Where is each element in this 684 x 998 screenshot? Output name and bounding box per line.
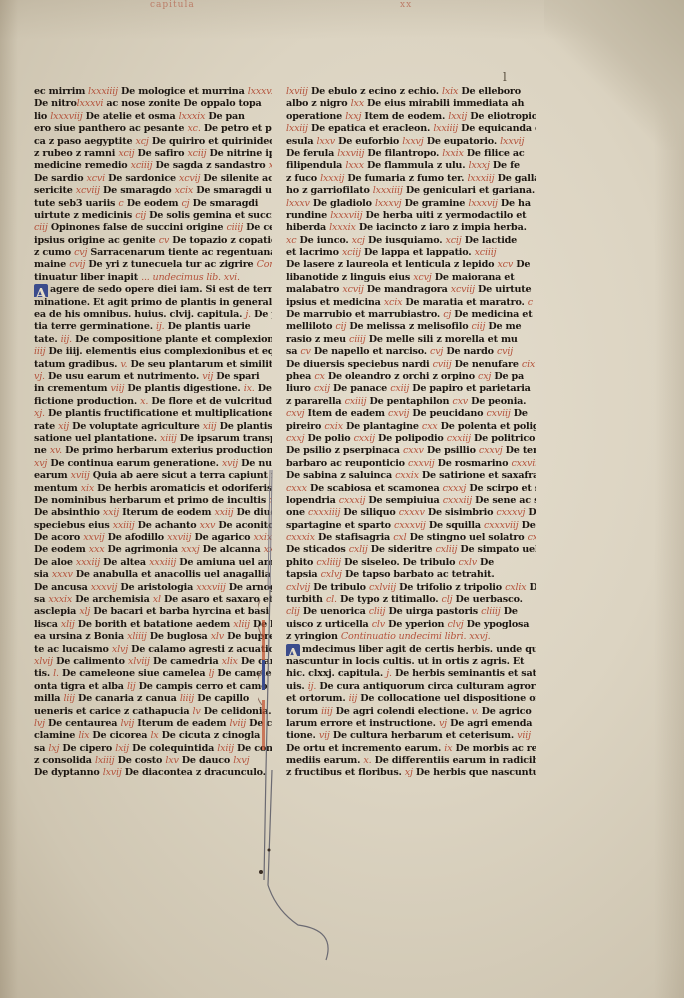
text-line: sa lxj De cipero lxij De colequintida lx…	[34, 743, 272, 755]
chapter-title-text: z consolida	[34, 755, 95, 766]
chapter-title-text: De smaragdo	[100, 185, 175, 196]
rubric-chapter-number: xiiij	[160, 433, 177, 444]
text-line: mentum xix De herbis aromaticis et odori…	[34, 483, 272, 495]
chapter-title-text: De cura antiquorum circa culturam agror	[316, 681, 535, 692]
text-line: z pararella cxiiij De pentaphilon cxv De…	[286, 396, 536, 408]
chapter-title-text: lio	[34, 111, 50, 122]
text-line: z fuco lxxxij De fumaria z fumo ter. lxx…	[286, 173, 536, 185]
rubric-chapter-number: cxlix	[505, 582, 526, 593]
rubric-chapter-number: cliij	[369, 606, 386, 617]
chapter-title-text: De continua earum generatione.	[47, 458, 222, 469]
rubric-chapter-number: lxviij	[286, 86, 308, 97]
chapter-title-text: De sardio	[34, 173, 87, 184]
text-line: pireiro cxix De plantagine cxx De polent…	[286, 421, 536, 433]
chapter-title-text: De eius mirabili immediata ah	[364, 98, 524, 109]
chapter-title-text: De satirione et saxafragia.	[419, 470, 536, 481]
text-line: De marrubio et marrubiastro. cj De medic…	[286, 309, 536, 321]
chapter-title-text: De differentiis earum in radicibus et fo…	[371, 755, 536, 766]
chapter-title-text: ero siue panthero ac pesante	[34, 123, 187, 134]
chapter-title-text: De primo herbarum exterius productione.	[62, 445, 272, 456]
chapter-title-text: De sideritre	[368, 544, 436, 555]
rubric-chapter-number: xix	[81, 483, 94, 494]
chapter-title-text: Iterum de eadem	[134, 718, 229, 729]
chapter-title-text: uirtute z medicinis	[34, 210, 135, 221]
text-line: milla liij De canaria z canua liiij De c…	[34, 693, 272, 705]
text-line: medicine remedio xciiij De sagda z sanda…	[34, 160, 272, 172]
chapter-title-text: De geniculari et gariana.	[403, 185, 535, 196]
chapter-title-text: De lactide	[462, 235, 518, 246]
rubric-chapter-number: xlix	[222, 656, 238, 667]
rubric-chapter-number: xciiij	[475, 247, 497, 258]
chapter-title-text: sa	[34, 594, 48, 605]
text-line: xj. De plantis fructificatione et multip…	[34, 408, 272, 420]
rubric-chapter-number: cij	[135, 210, 146, 221]
chapter-title-text: De nenufare	[452, 359, 522, 370]
text-line: tia terre germinatione. ij. De plantis u…	[34, 321, 272, 333]
text-line: Aagere de sedo opere diei iam. Si est de…	[34, 284, 272, 296]
rubric-chapter-number: lv	[193, 706, 201, 717]
text-line: De ferula lxxviij De filantropo. lxxix D…	[286, 148, 536, 160]
text-line: ne xv. De primo herbarum exterius produc…	[34, 445, 272, 457]
chapter-title-text: satione uel plantatione.	[34, 433, 160, 444]
rubric-chapter-number: cv	[159, 235, 169, 246]
text-line: rundine lxxxviij De herba uiti z yermoda…	[286, 210, 536, 222]
rubric-chapter-number: iiij	[34, 346, 45, 357]
chapter-title-text: De pentaphilon	[366, 396, 452, 407]
chapter-title-text: De panace	[330, 383, 390, 394]
chapter-title-text: ea de his omnibus. huius. clvij. capitul…	[34, 309, 245, 320]
rubric-chapter-number: xxviij	[167, 532, 191, 543]
rubric-chapter-number: cxxv	[403, 445, 424, 456]
chapter-title-text: De yri z tunecuela tur ac zigrire	[85, 259, 256, 270]
chapter-title-text: rundine	[286, 210, 330, 221]
rubric-chapter-number: cxxij	[354, 433, 375, 444]
text-line: onta tigra et alba lij De campis cerro e…	[34, 681, 272, 693]
chapter-title-text: te ac lucaismo	[34, 644, 112, 655]
chapter-title-text: ipsius et medicina	[286, 297, 384, 308]
rubric-chapter-number: xxv	[200, 520, 216, 531]
chapter-title-text: De uirtute	[475, 284, 532, 295]
chapter-title-text: De calimento	[53, 656, 128, 667]
chapter-title-text: sia	[34, 569, 52, 580]
chapter-title-text: De spari	[213, 371, 259, 382]
rubric-chapter-number: lxv	[165, 755, 178, 766]
chapter-title-text: De nardo	[443, 346, 497, 357]
rubric-chapter-number: ix.	[244, 383, 255, 394]
rubric-chapter-number: xxxvij	[91, 582, 118, 593]
chapter-title-text: De silenite acp	[200, 173, 272, 184]
rubric-chapter-number: xc	[286, 235, 296, 246]
chapter-title-text: De fumaria z fumo ter.	[344, 173, 467, 184]
chapter-title-text: rasio z meu	[286, 334, 349, 345]
rubric-chapter-number: xlv	[211, 631, 224, 642]
chapter-title-text: De atelie et osma	[82, 111, 178, 122]
rubric-chapter-number: xxxix	[48, 594, 72, 605]
text-line: speciebus eius xxiiij De achanto xxv De …	[34, 520, 272, 532]
rubric-chapter-number: xxxviij	[196, 582, 225, 593]
chapter-title-text: tia terre germinatione.	[34, 321, 156, 332]
chapter-title-text: De cameleone siue camelea	[59, 668, 209, 679]
chapter-title-text: De stingno uel solatro	[406, 532, 527, 543]
rubric-chapter-number: cxxxviij	[484, 520, 519, 531]
rubric-chapter-number: cvij	[497, 346, 513, 357]
text-line: melliloto cij De melissa z melisofilo ci…	[286, 321, 536, 333]
rubric-chapter-number: cvj	[430, 346, 443, 357]
rubric-chapter-number: lxx	[351, 98, 364, 109]
rubric-chapter-number: xxiij	[214, 507, 233, 518]
text-line: rate xij De voluptate agriculture xiij D…	[34, 421, 272, 433]
rubric-chapter-number: lxxv	[316, 136, 335, 147]
chapter-title-text: De peucidano	[409, 408, 486, 419]
parchment-corner-wear	[544, 0, 684, 150]
chapter-title-text: De tribulo	[403, 557, 459, 568]
rubric-chapter-number: lxxiij	[286, 123, 308, 134]
chapter-title-text: De buglosa	[147, 631, 211, 642]
chapter-title-text: De asaro et saxaro et	[161, 594, 272, 605]
chapter-title-text: De absinthio	[34, 507, 103, 518]
rubric-chapter-number: lxxxiiij	[85, 86, 118, 97]
text-line: De lasere z laureola et lenticula z lepi…	[286, 259, 536, 271]
rubric-chapter-number: cix	[522, 359, 535, 370]
left-text-column: ec mirrim lxxxiiij De mologice et murrin…	[34, 86, 272, 780]
rubric-chapter-number: lxxxj	[468, 160, 489, 171]
chapter-title-text: De nym	[535, 359, 536, 370]
text-line: ipsius et medicina xcix De maratia et ma…	[286, 297, 536, 309]
rubric-chapter-number: lxxij	[448, 111, 467, 122]
rubric-chapter-number: lxxxiiij	[373, 185, 403, 196]
text-line: satione uel plantatione. xiiij De ipsaru…	[34, 433, 272, 445]
chapter-title-text: agere de sedo opere diei iam. Si est de …	[50, 284, 272, 295]
rubric-chapter-number: lxxxix	[329, 222, 356, 233]
rubric-chapter-number: lx	[150, 730, 158, 741]
chapter-title-text: earum	[34, 470, 71, 481]
rubric-chapter-number: vj.	[34, 371, 45, 382]
chapter-title-text: De aristologia	[117, 582, 196, 593]
text-line: minatione. Et agit primo de plantis in g…	[34, 297, 272, 309]
chapter-title-text: sa	[286, 346, 300, 357]
rubric-chapter-number: xiij	[203, 421, 217, 432]
rubric-chapter-number: xcix	[384, 297, 402, 308]
chapter-title-text: ca z paso aegyptite	[34, 136, 136, 147]
text-line: lvj De centaurea lvij Iterum de eadem lv…	[34, 718, 272, 730]
rubric-chapter-number: lxxxviij	[50, 111, 82, 122]
rubric-chapter-number: lxxxv	[286, 198, 310, 209]
chapter-title-text: De rosmarino	[434, 458, 511, 469]
chapter-title-text: De medicina et	[451, 309, 532, 320]
chapter-title-text: De sempiuiua	[365, 495, 442, 506]
rubric-chapter-number: cxx	[422, 421, 438, 432]
chapter-title-text: De capillo	[194, 693, 249, 704]
rubric-chapter-number: clj	[442, 594, 453, 605]
rubric-chapter-number: xcj	[352, 235, 365, 246]
chapter-title-text: De psillio	[424, 445, 479, 456]
chapter-title-text: De mandragora	[364, 284, 451, 295]
rubric-chapter-number: ij.	[156, 321, 165, 332]
rubric-chapter-number: viij	[111, 383, 125, 394]
chapter-title-text: De sene ac senti	[472, 495, 536, 506]
chapter-title-text: De costo	[114, 755, 165, 766]
chapter-title-text: De herba uiti z yermodactilo et	[362, 210, 526, 221]
text-line: sia xxxv De anabulla et anacollis uel an…	[34, 569, 272, 581]
chapter-title-text: De dauco	[179, 755, 234, 766]
rubric-chapter-number: cj	[443, 309, 451, 320]
text-line: De nitrolxxxvi ac nose zonite De oppalo …	[34, 98, 272, 110]
chapter-title-text: ac nose zonite	[103, 98, 183, 109]
rubric-chapter-number: lxxviij	[337, 148, 364, 159]
chapter-title-text: tinuatur liber inapit	[34, 272, 141, 283]
rubric-chapter-number: xxx	[89, 544, 105, 555]
rubric-chapter-number: lviij	[229, 718, 246, 729]
rubric-chapter-number: lxxxix	[179, 111, 206, 122]
rubric-chapter-number: cxxxj	[443, 483, 467, 494]
chapter-title-text: De smaragdi	[189, 198, 258, 209]
chapter-title-text: De agrimonia	[104, 544, 181, 555]
chapter-title-text: De	[501, 606, 518, 617]
text-line: De psilio z pserpinaca cxxv De psillio c…	[286, 445, 536, 457]
text-line: libanotide z linguis eius xcvj De maiora…	[286, 272, 536, 284]
chapter-title-text: De pan	[205, 111, 245, 122]
chapter-title-text: De elleboro	[458, 86, 521, 97]
rubric-chapter-number: cvij	[69, 259, 85, 270]
rubric-chapter-number: cxix	[324, 421, 342, 432]
text-line: ero siue panthero ac pesante xc. De petr…	[34, 123, 272, 135]
text-line: tinuatur liber inapit ... undecimus lib.…	[34, 272, 272, 284]
rubric-chapter-number: cij	[335, 321, 346, 332]
chapter-title-text: De herbis aromaticis et odoriferis	[94, 483, 272, 494]
rubric-chapter-number: cxxvij	[408, 458, 434, 469]
chapter-title-text: De cipero	[59, 743, 115, 754]
chapter-title-text: De seu plantarum et similitudine.	[127, 359, 272, 370]
rubric-chapter-number: liij	[63, 693, 74, 704]
rubric-chapter-number: xlviij	[128, 656, 150, 667]
chapter-title-text: De cera	[243, 222, 272, 233]
rubric-chapter-number: cxv	[452, 396, 468, 407]
chapter-title-text: De cultura herbarum et ceterisum.	[330, 730, 517, 741]
text-line: ec mirrim lxxxiiij De mologice et murrin…	[34, 86, 272, 98]
chapter-title-text: De typo z titimallo.	[337, 594, 442, 605]
chapter-title-text: De oppalo topa	[183, 98, 261, 109]
chapter-title-text: milla	[34, 693, 63, 704]
rubric-chapter-number: lvj	[34, 718, 45, 729]
chapter-title-text: De plantis uarie	[165, 321, 251, 332]
text-line: uirtute z medicinis cij De solis gemina …	[34, 210, 272, 222]
rubric-chapter-number: xv.	[50, 445, 62, 456]
chapter-title-text: De nitro	[34, 98, 77, 109]
rubric-chapter-number: vj	[439, 718, 447, 729]
text-line: vj. De usu earum et nutrimento. vij De s…	[34, 371, 272, 383]
rubric-chapter-number: xcviij	[76, 185, 100, 196]
chapter-title-text: De simpato uel sim	[457, 544, 536, 555]
chapter-title-text: De sagda z sandastro	[152, 160, 268, 171]
chapter-title-text: ho z garriofilato	[286, 185, 373, 196]
chapter-title-text: z fuco	[286, 173, 320, 184]
pen-flourish-decoration	[258, 470, 348, 990]
chapter-title-text: malabatro	[286, 284, 342, 295]
text-line: tate. iij. De compositione plante et com…	[34, 334, 272, 346]
text-line: ipsius origine ac genite cv De topazio z…	[34, 235, 272, 247]
chapter-title-text: Item de eadem	[304, 408, 388, 419]
text-line: esula lxxv De euforbio lxxvj De eupatori…	[286, 136, 536, 148]
chapter-title-text: Opinones false de succini origine	[48, 222, 227, 233]
chapter-title-text: De psilio z pserpinaca	[286, 445, 403, 456]
chapter-title-text: De oleandro z orchi z orpino	[325, 371, 478, 382]
rubric-chapter-number: xliij	[233, 619, 250, 630]
chapter-title-text: De siliquo	[340, 507, 398, 518]
rubric-chapter-number: xl	[153, 594, 161, 605]
chapter-title-text: De flore et de vulcritudine.	[148, 396, 272, 407]
rubric-chapter-number: xcvj	[413, 272, 431, 283]
chapter-title-text: tate.	[34, 334, 61, 345]
rubric-chapter-number: lxxxvij	[468, 198, 497, 209]
chapter-title-text: De ha	[498, 198, 531, 209]
chapter-title-text: De polio	[304, 433, 353, 444]
chapter-title-text: De trifolio z tripolio	[396, 582, 505, 593]
rubric-chapter-number: xviij	[71, 470, 90, 481]
rubric-chapter-number: lix	[78, 730, 89, 741]
chapter-title-text: De me	[485, 321, 521, 332]
chapter-title-text: De compositione plante et complexione.	[72, 334, 272, 345]
rubric-chapter-number: lxiij	[217, 743, 234, 754]
chapter-title-text: z pararella	[286, 396, 345, 407]
chapter-title-text: De scirpo et sco	[466, 483, 536, 494]
text-line: z rubeo z ramni xcij De safiro xciij De …	[34, 148, 272, 160]
text-line: xc De iunco. xcj De iusquiamo. xcij De l…	[286, 235, 536, 247]
text-line: De eodem xxx De agrimonia xxxj De alcann…	[34, 544, 272, 556]
text-line: De aloe xxxiij De altea xxxiiij De amiun…	[34, 557, 272, 569]
chapter-title-text: De gladiolo	[310, 198, 375, 209]
rubric-chapter-number: xcij	[446, 235, 462, 246]
chapter-title-text: onta tigra et alba	[34, 681, 127, 692]
rubric-chapter-number: ciiij	[226, 222, 243, 233]
chapter-title-text: De agri emenda	[447, 718, 532, 729]
text-line: barbaro ac reuponticio cxxvij De rosmari…	[286, 458, 536, 470]
text-line: fictione production. x. De flore et de v…	[34, 396, 272, 408]
chapter-title-text: De agarico	[191, 532, 253, 543]
chapter-title-text: De herbis seminantis et sati	[392, 668, 536, 679]
chapter-title-text: De euforbio	[335, 136, 402, 147]
rubric-chapter-number: cxiij	[390, 383, 409, 394]
text-line: ca z paso aegyptite xcj De quiriro et qu…	[34, 136, 272, 148]
rubric-chapter-number: xciiij	[131, 160, 153, 171]
chapter-title-text: De fe	[490, 160, 520, 171]
chapter-title-text: De acoro	[34, 532, 83, 543]
chapter-title-text: De diuersis speciebus nardi	[286, 359, 433, 370]
chapter-title-text: De altea	[100, 557, 149, 568]
chapter-title-text: ea ursina z Bonia	[34, 631, 127, 642]
chapter-title-text: De peonia.	[468, 396, 526, 407]
rubric-chapter-number: cxxxvj	[496, 507, 525, 518]
rubric-chapter-number: cxxxiij	[443, 495, 472, 506]
rubric-chapter-number: ciiij	[349, 334, 366, 345]
rubric-chapter-number: xlvj	[112, 644, 128, 655]
decorated-initial: A	[34, 284, 48, 296]
rubric-chapter-number: cxviij	[487, 408, 511, 419]
rubric-chapter-number: lxxxv.	[248, 86, 272, 97]
text-line: iiij De iiij. elementis eius complexioni…	[34, 346, 272, 358]
rubric-chapter-number: xcvij	[179, 173, 200, 184]
text-line: xlvij De calimento xlviij De camedria xl…	[34, 656, 272, 668]
text-line: tatum gradibus. v. De seu plantarum et s…	[34, 359, 272, 371]
rubric-chapter-number: ciij	[34, 222, 48, 233]
rubric-chapter-number: lxxix	[442, 148, 463, 159]
chapter-title-text: De iacincto z iaro z impia herba.	[356, 222, 527, 233]
chapter-title-text: lisca	[34, 619, 61, 630]
manuscript-page: capitula xx l ec mirrim lxxxiiij De molo…	[0, 0, 684, 998]
chapter-title-text: De anabulla et anacollis uel anagallia	[73, 569, 272, 580]
text-line: filipendula lxxx De flammula z ulu. lxxx…	[286, 160, 536, 172]
rubric-chapter-number: xcij	[118, 148, 134, 159]
rubric-chapter-number: lxxvij	[500, 136, 524, 147]
rubric-chapter-number: lvij	[120, 718, 134, 729]
rubric-chapter-number: cxliij	[435, 544, 457, 555]
text-line: ueneris et carice z cathapucia lv De cel…	[34, 706, 272, 718]
rubric-chapter-number: cxlij	[349, 544, 368, 555]
chapter-title-text: sa	[34, 743, 48, 754]
text-line: De absinthio xxij Iterum de eodem xxiij …	[34, 507, 272, 519]
chapter-title-text: ueneris et carice z cathapucia	[34, 706, 193, 717]
rubric-chapter-number: cxiiij	[345, 396, 367, 407]
chapter-title-text: De tapso barbato ac tetrahit.	[342, 569, 495, 580]
chapter-title-text: asclepia	[34, 606, 79, 617]
chapter-title-text: De sardonice	[105, 173, 179, 184]
chapter-title-text: De squilla	[426, 520, 484, 531]
chapter-title-text: De melissa z melisofilo	[346, 321, 471, 332]
rubric-chapter-number: cxxxv	[399, 507, 425, 518]
text-line: De acoro xxvij De afodillo xxviij De aga…	[34, 532, 272, 544]
chapter-title-text: fictione production.	[34, 396, 140, 407]
rubric-chapter-number: clv	[372, 619, 385, 630]
rubric-chapter-number: xj	[405, 767, 413, 778]
rubric-chapter-number: cxvij	[388, 408, 409, 419]
chapter-title-text: De senatio	[519, 520, 536, 531]
text-line: sa xxxix De archemisia xl De asaro et sa…	[34, 594, 272, 606]
text-line: albo z nigro lxx De eius mirabili immedi…	[286, 98, 536, 110]
chapter-title-text: De agrico	[479, 706, 532, 717]
chapter-title-text: De borith et batatione aedem	[75, 619, 234, 630]
show-through-text: capitula	[150, 0, 195, 10]
rubric-chapter-number: lxix	[442, 86, 458, 97]
chapter-title-text: tatum gradibus.	[34, 359, 120, 370]
chapter-title-text: De polenta et poligono.	[438, 421, 536, 432]
chapter-title-text: De ipsarum transplatio	[177, 433, 272, 444]
text-line: sericite xcviij De smaragdo xcix De smar…	[34, 185, 272, 197]
chapter-title-text: De filice ac	[464, 148, 525, 159]
chapter-title-text: De pa	[491, 371, 524, 382]
chapter-title-text: De	[513, 259, 530, 270]
rubric-chapter-number: v.	[472, 706, 479, 717]
rubric-chapter-number: cxxviij	[511, 458, 536, 469]
rubric-chapter-number: cvj	[74, 247, 87, 258]
chapter-title-text: De ten	[503, 445, 536, 456]
chapter-title-text: rate	[34, 421, 58, 432]
text-line: maine cvij De yri z tunecuela tur ac zig…	[34, 259, 272, 271]
text-line: ea de his omnibus. huius. clvij. capitul…	[34, 309, 272, 321]
margin-mark: l	[503, 70, 507, 84]
rubric-chapter-number: lxxxvj	[375, 198, 402, 209]
chapter-title-text: De melle sili z morella et mu	[366, 334, 518, 345]
chapter-title-text: De camedria	[150, 656, 222, 667]
chapter-title-text: De ypoglosa	[464, 619, 530, 630]
rubric-chapter-number: liiij	[180, 693, 194, 704]
chapter-title-text: De iunco.	[296, 235, 351, 246]
rubric-chapter-number: ... undecimus lib. xvi.	[141, 272, 240, 283]
chapter-title-text: speciebus eius	[34, 520, 113, 531]
chapter-title-text: ec mirrim	[34, 86, 85, 97]
show-through-text: xx	[400, 0, 412, 10]
chapter-title-text: De quiriro et quirinideo	[149, 136, 272, 147]
chapter-title-text: Quia ab aere sicut a terra capiunt nutri	[90, 470, 272, 481]
text-line: De diuersis speciebus nardi cviij De nen…	[286, 359, 536, 371]
